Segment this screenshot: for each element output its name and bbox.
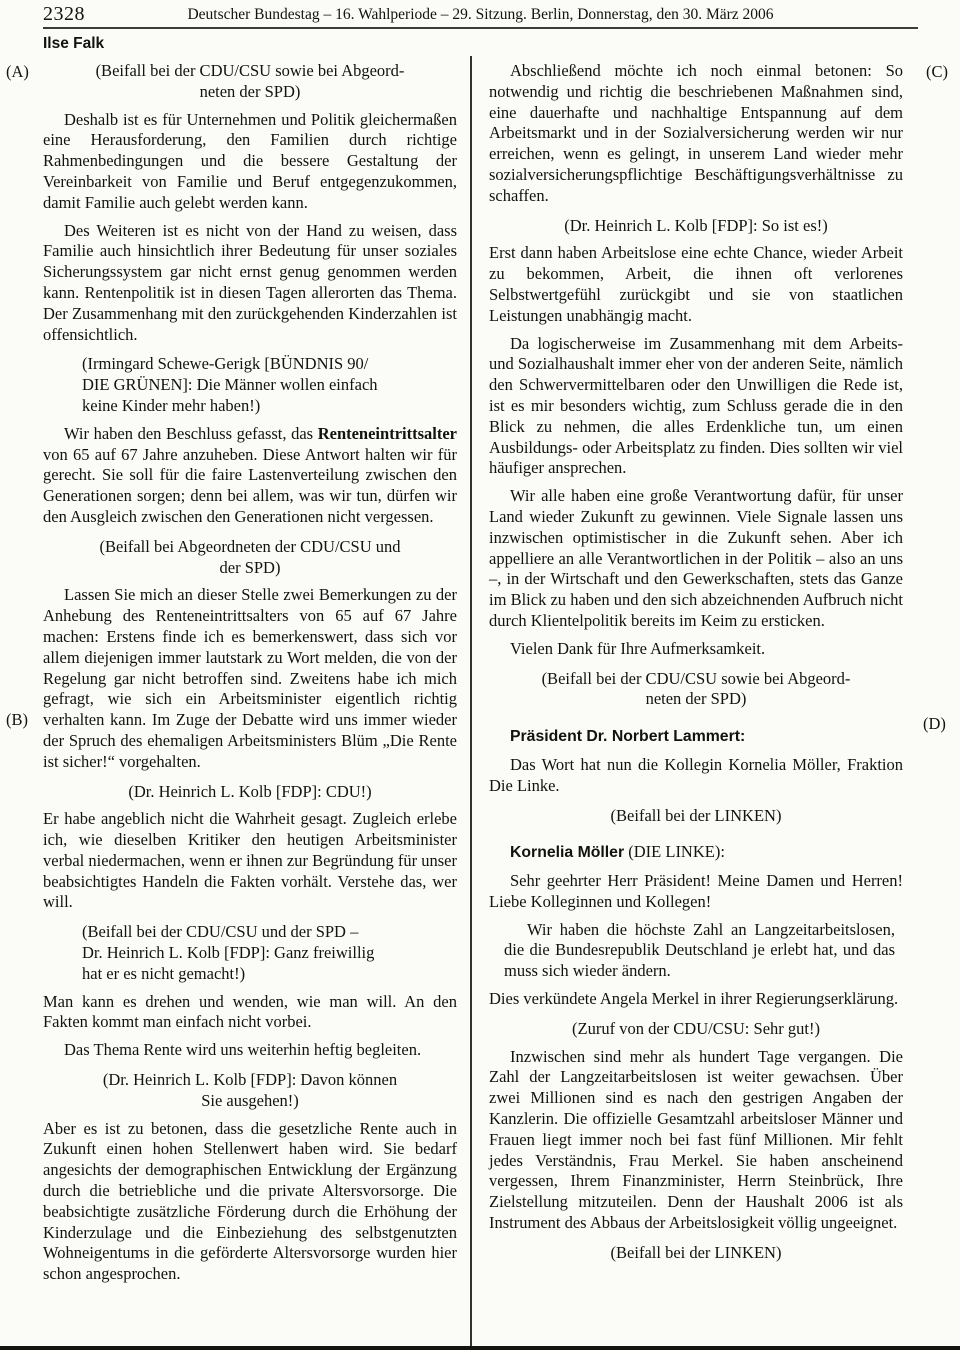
paragraph: Abschließend möchte ich noch einmal beto… (489, 61, 903, 207)
emphasized-text: Präsident Dr. Norbert Lammert: (510, 728, 745, 745)
paragraph: Aber es ist zu betonen, dass die gesetzl… (43, 1119, 457, 1285)
text-run: von 65 auf 67 Jahre anzuheben. Diese Ant… (43, 445, 457, 526)
interjection: (Irmingard Schewe-Gerigk [BÜNDNIS 90/DIE… (82, 354, 424, 416)
speaker-heading: Präsident Dr. Norbert Lammert: (489, 726, 903, 748)
paragraph: Das Thema Rente wird uns weiterhin hefti… (43, 1040, 457, 1061)
protocol-page: 2328 Deutscher Bundestag – 16. Wahlperio… (0, 0, 960, 1350)
paragraph: Das Wort hat nun die Kollegin Kornelia M… (489, 755, 903, 797)
column-marker-b: (B) (6, 710, 28, 730)
paragraph: Wir haben den Beschluss gefasst, das Ren… (43, 424, 457, 528)
interjection: (Dr. Heinrich L. Kolb [FDP]: CDU!) (43, 782, 457, 803)
column-marker-c: (C) (926, 62, 948, 82)
paragraph: Er habe angeblich nicht die Wahrheit ges… (43, 809, 457, 913)
continued-speaker-name: Ilse Falk (43, 35, 104, 53)
emphasized-text: Kornelia Möller (510, 844, 624, 861)
paragraph: Des Weiteren ist es nicht von der Hand z… (43, 221, 457, 346)
column-marker-d: (D) (923, 714, 946, 734)
column-marker-a: (A) (6, 62, 29, 82)
interjection: (Zuruf von der CDU/CSU: Sehr gut!) (489, 1019, 903, 1040)
paragraph: Inzwischen sind mehr als hundert Tage ve… (489, 1047, 903, 1234)
paragraph: Wir alle haben eine große Verantwortung … (489, 486, 903, 632)
page-header-title: Deutscher Bundestag – 16. Wahlperiode – … (43, 6, 918, 24)
interjection: (Dr. Heinrich L. Kolb [FDP]: So ist es!) (489, 216, 903, 237)
text-run: Wir haben den Beschluss gefasst, das (64, 424, 318, 443)
left-column-content: (Beifall bei der CDU/CSU sowie bei Abgeo… (43, 59, 457, 1285)
scan-bottom-edge (0, 1346, 960, 1350)
paragraph: Erst dann haben Arbeitslose eine echte C… (489, 243, 903, 326)
paragraph: Deshalb ist es für Unternehmen und Polit… (43, 110, 457, 214)
interjection: (Beifall bei der CDU/CSU und der SPD –Dr… (82, 922, 424, 984)
paragraph: Sehr geehrter Herr Präsident! Meine Dame… (489, 871, 903, 913)
interjection: (Beifall bei der CDU/CSU sowie bei Abgeo… (489, 669, 903, 711)
column-divider (470, 56, 472, 1350)
block-quote: Wir haben die höchste Zahl an Langzeitar… (504, 920, 895, 982)
paragraph: Da logischerweise im Zusammenhang mit de… (489, 334, 903, 480)
paragraph: Lassen Sie mich an dieser Stelle zwei Be… (43, 585, 457, 772)
interjection: (Dr. Heinrich L. Kolb [FDP]: Davon könne… (43, 1070, 457, 1112)
interjection: (Beifall bei der LINKEN) (489, 806, 903, 827)
emphasized-text: Renteneintrittsalter (318, 424, 457, 443)
text-run: (DIE LINKE): (624, 842, 725, 861)
interjection: (Beifall bei der CDU/CSU sowie bei Abgeo… (43, 61, 457, 103)
header-rule (43, 27, 918, 29)
right-column-content: Abschließend möchte ich noch einmal beto… (489, 59, 903, 1264)
speaker-heading: Kornelia Möller (DIE LINKE): (489, 842, 903, 864)
interjection: (Beifall bei der LINKEN) (489, 1243, 903, 1264)
paragraph: Dies verkündete Angela Merkel in ihrer R… (489, 989, 903, 1010)
paragraph: Vielen Dank für Ihre Aufmerksamkeit. (489, 639, 903, 660)
paragraph: Man kann es drehen und wenden, wie man w… (43, 992, 457, 1034)
interjection: (Beifall bei Abgeordneten der CDU/CSU un… (43, 537, 457, 579)
